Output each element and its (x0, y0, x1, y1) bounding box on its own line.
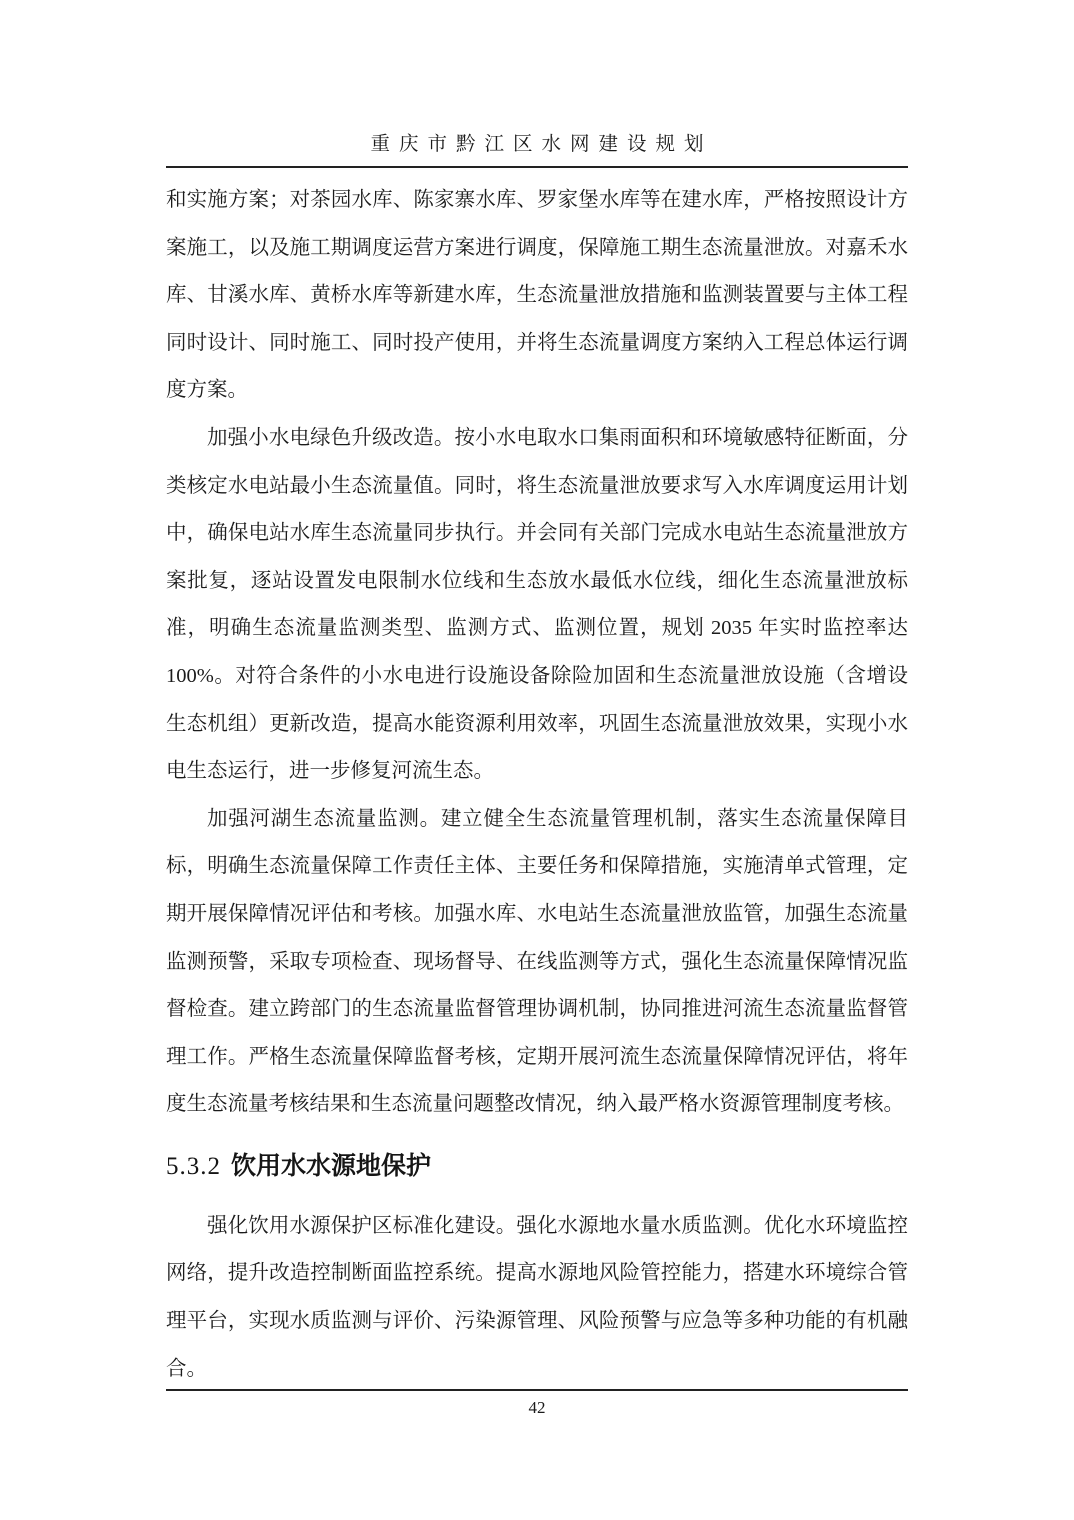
paragraph-continuation: 和实施方案；对茶园水库、陈家寨水库、罗家堡水库等在建水库，严格按照设计方案施工，… (166, 177, 908, 415)
page-footer: 42 (166, 1389, 908, 1418)
section-heading: 5.3.2饮用水水源地保护 (166, 1148, 908, 1185)
document-page: 重庆市黔江区水网建设规划 和实施方案；对茶园水库、陈家寨水库、罗家堡水库等在建水… (0, 0, 1074, 1520)
document-body: 和实施方案；对茶园水库、陈家寨水库、罗家堡水库等在建水库，严格按照设计方案施工，… (166, 168, 908, 1393)
page-header: 重庆市黔江区水网建设规划 (166, 0, 908, 168)
paragraph-small-hydropower: 加强小水电绿色升级改造。按小水电取水口集雨面积和环境敏感特征断面，分类核定水电站… (166, 415, 908, 796)
section-heading-number: 5.3.2 (166, 1153, 221, 1180)
footer-rule (166, 1389, 908, 1391)
paragraph-flow-monitoring: 加强河湖生态流量监测。建立健全生态流量管理机制，落实生态流量保障目标，明确生态流… (166, 796, 908, 1129)
page-number: 42 (166, 1398, 908, 1418)
section-heading-text: 饮用水水源地保护 (231, 1152, 431, 1180)
document-title: 重庆市黔江区水网建设规划 (166, 0, 908, 156)
paragraph-drinking-water-protection: 强化饮用水源保护区标准化建设。强化水源地水量水质监测。优化水环境监控网络，提升改… (166, 1203, 908, 1393)
